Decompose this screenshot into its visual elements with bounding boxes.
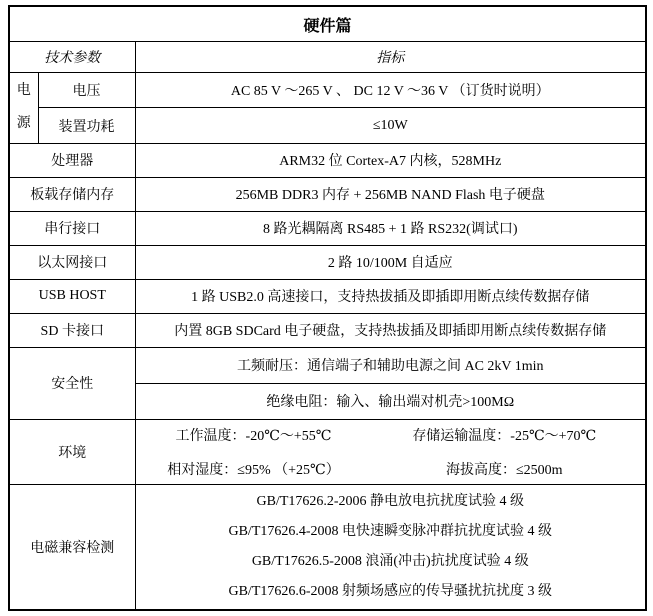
row-value-usb-host: 1 路 USB2.0 高速接口，支持热拔插及即插即用断点续传数据存储 [135, 279, 646, 313]
row-value-power-consumption: ≤10W [135, 108, 646, 143]
row-value-withstand-voltage: 工频耐压：通信端子和辅助电源之间 AC 2kV 1min [135, 347, 646, 383]
row-label-processor: 处理器 [9, 143, 135, 177]
title-row: 硬件篇 [9, 6, 646, 42]
group-label-environment: 环境 [9, 419, 135, 484]
hardware-spec-table: 硬件篇 技术参数 指标 电 源 电压 AC 85 V ～265 V 、 DC 1… [8, 5, 647, 611]
table-row-ethernet: 以太网接口 2 路 10/100M 自适应 [9, 245, 646, 279]
row-value-sd-card: 内置 8GB SDCard 电子硬盘，支持热拔插及即插即用断点续传数据存储 [135, 313, 646, 347]
table-title: 硬件篇 [9, 6, 646, 42]
group-label-safety: 安全性 [9, 347, 135, 419]
env-item-altitude: 海拔高度：≤2500m [368, 459, 642, 479]
environment-grid: 工作温度：-20℃～+55℃ 存储运输温度：-25℃～+70℃ 相对湿度：≤95… [140, 425, 642, 479]
row-label-usb-host: USB HOST [9, 279, 135, 313]
row-value-insulation-resistance: 绝缘电阻：输入、输出端对机壳>100MΩ [135, 383, 646, 419]
table-row-emc: 电磁兼容检测 GB/T17626.2-2006 静电放电抗扰度试验 4 级 GB… [9, 484, 646, 610]
table-row-sd-card: SD 卡接口 内置 8GB SDCard 电子硬盘，支持热拔插及即插即用断点续传… [9, 313, 646, 347]
table-row-power-consumption: 装置功耗 ≤10W [9, 108, 646, 143]
row-value-serial: 8 路光耦隔离 RS485 + 1 路 RS232(调试口) [135, 211, 646, 245]
emc-test-eft: GB/T17626.4-2008 电快速瞬变脉冲群抗扰度试验 4 级 [140, 517, 642, 547]
env-item-operating-temperature: 工作温度：-20℃～+55℃ [140, 425, 368, 445]
row-value-processor: ARM32 位 Cortex-A7 内核，528MHz [135, 143, 646, 177]
row-value-memory: 256MB DDR3 内存 + 256MB NAND Flash 电子硬盘 [135, 177, 646, 211]
table-row-processor: 处理器 ARM32 位 Cortex-A7 内核，528MHz [9, 143, 646, 177]
table-row-safety-withstand: 安全性 工频耐压：通信端子和辅助电源之间 AC 2kV 1min [9, 347, 646, 383]
row-value-voltage: AC 85 V ～265 V 、 DC 12 V ～36 V （订货时说明） [135, 73, 646, 108]
column-header-parameter: 技术参数 [9, 42, 135, 73]
row-value-environment: 工作温度：-20℃～+55℃ 存储运输温度：-25℃～+70℃ 相对湿度：≤95… [135, 419, 646, 484]
table-row-memory: 板载存储内存 256MB DDR3 内存 + 256MB NAND Flash … [9, 177, 646, 211]
table-row-voltage: 电 源 电压 AC 85 V ～265 V 、 DC 12 V ～36 V （订… [9, 73, 646, 108]
table-row-serial: 串行接口 8 路光耦隔离 RS485 + 1 路 RS232(调试口) [9, 211, 646, 245]
row-label-voltage: 电压 [38, 73, 135, 108]
group-label-emc: 电磁兼容检测 [9, 484, 135, 610]
column-header-value: 指标 [135, 42, 646, 73]
emc-test-esd: GB/T17626.2-2006 静电放电抗扰度试验 4 级 [140, 487, 642, 517]
row-value-emc: GB/T17626.2-2006 静电放电抗扰度试验 4 级 GB/T17626… [135, 484, 646, 610]
table-row-usb-host: USB HOST 1 路 USB2.0 高速接口，支持热拔插及即插即用断点续传数… [9, 279, 646, 313]
row-label-serial: 串行接口 [9, 211, 135, 245]
page: 硬件篇 技术参数 指标 电 源 电压 AC 85 V ～265 V 、 DC 1… [0, 0, 653, 616]
group-label-power: 电 源 [9, 73, 38, 144]
header-row: 技术参数 指标 [9, 42, 646, 73]
row-label-power-consumption: 装置功耗 [38, 108, 135, 143]
table-row-environment: 环境 工作温度：-20℃～+55℃ 存储运输温度：-25℃～+70℃ 相对湿度：… [9, 419, 646, 484]
emc-test-rf-conducted: GB/T17626.6-2008 射频场感应的传导骚扰抗扰度 3 级 [140, 577, 642, 607]
emc-test-surge: GB/T17626.5-2008 浪涌(冲击)抗扰度试验 4 级 [140, 547, 642, 577]
row-label-memory: 板载存储内存 [9, 177, 135, 211]
row-value-ethernet: 2 路 10/100M 自适应 [135, 245, 646, 279]
row-label-ethernet: 以太网接口 [9, 245, 135, 279]
env-item-storage-temperature: 存储运输温度：-25℃～+70℃ [368, 425, 642, 445]
env-item-relative-humidity: 相对湿度：≤95% （+25℃） [140, 459, 368, 479]
row-label-sd-card: SD 卡接口 [9, 313, 135, 347]
